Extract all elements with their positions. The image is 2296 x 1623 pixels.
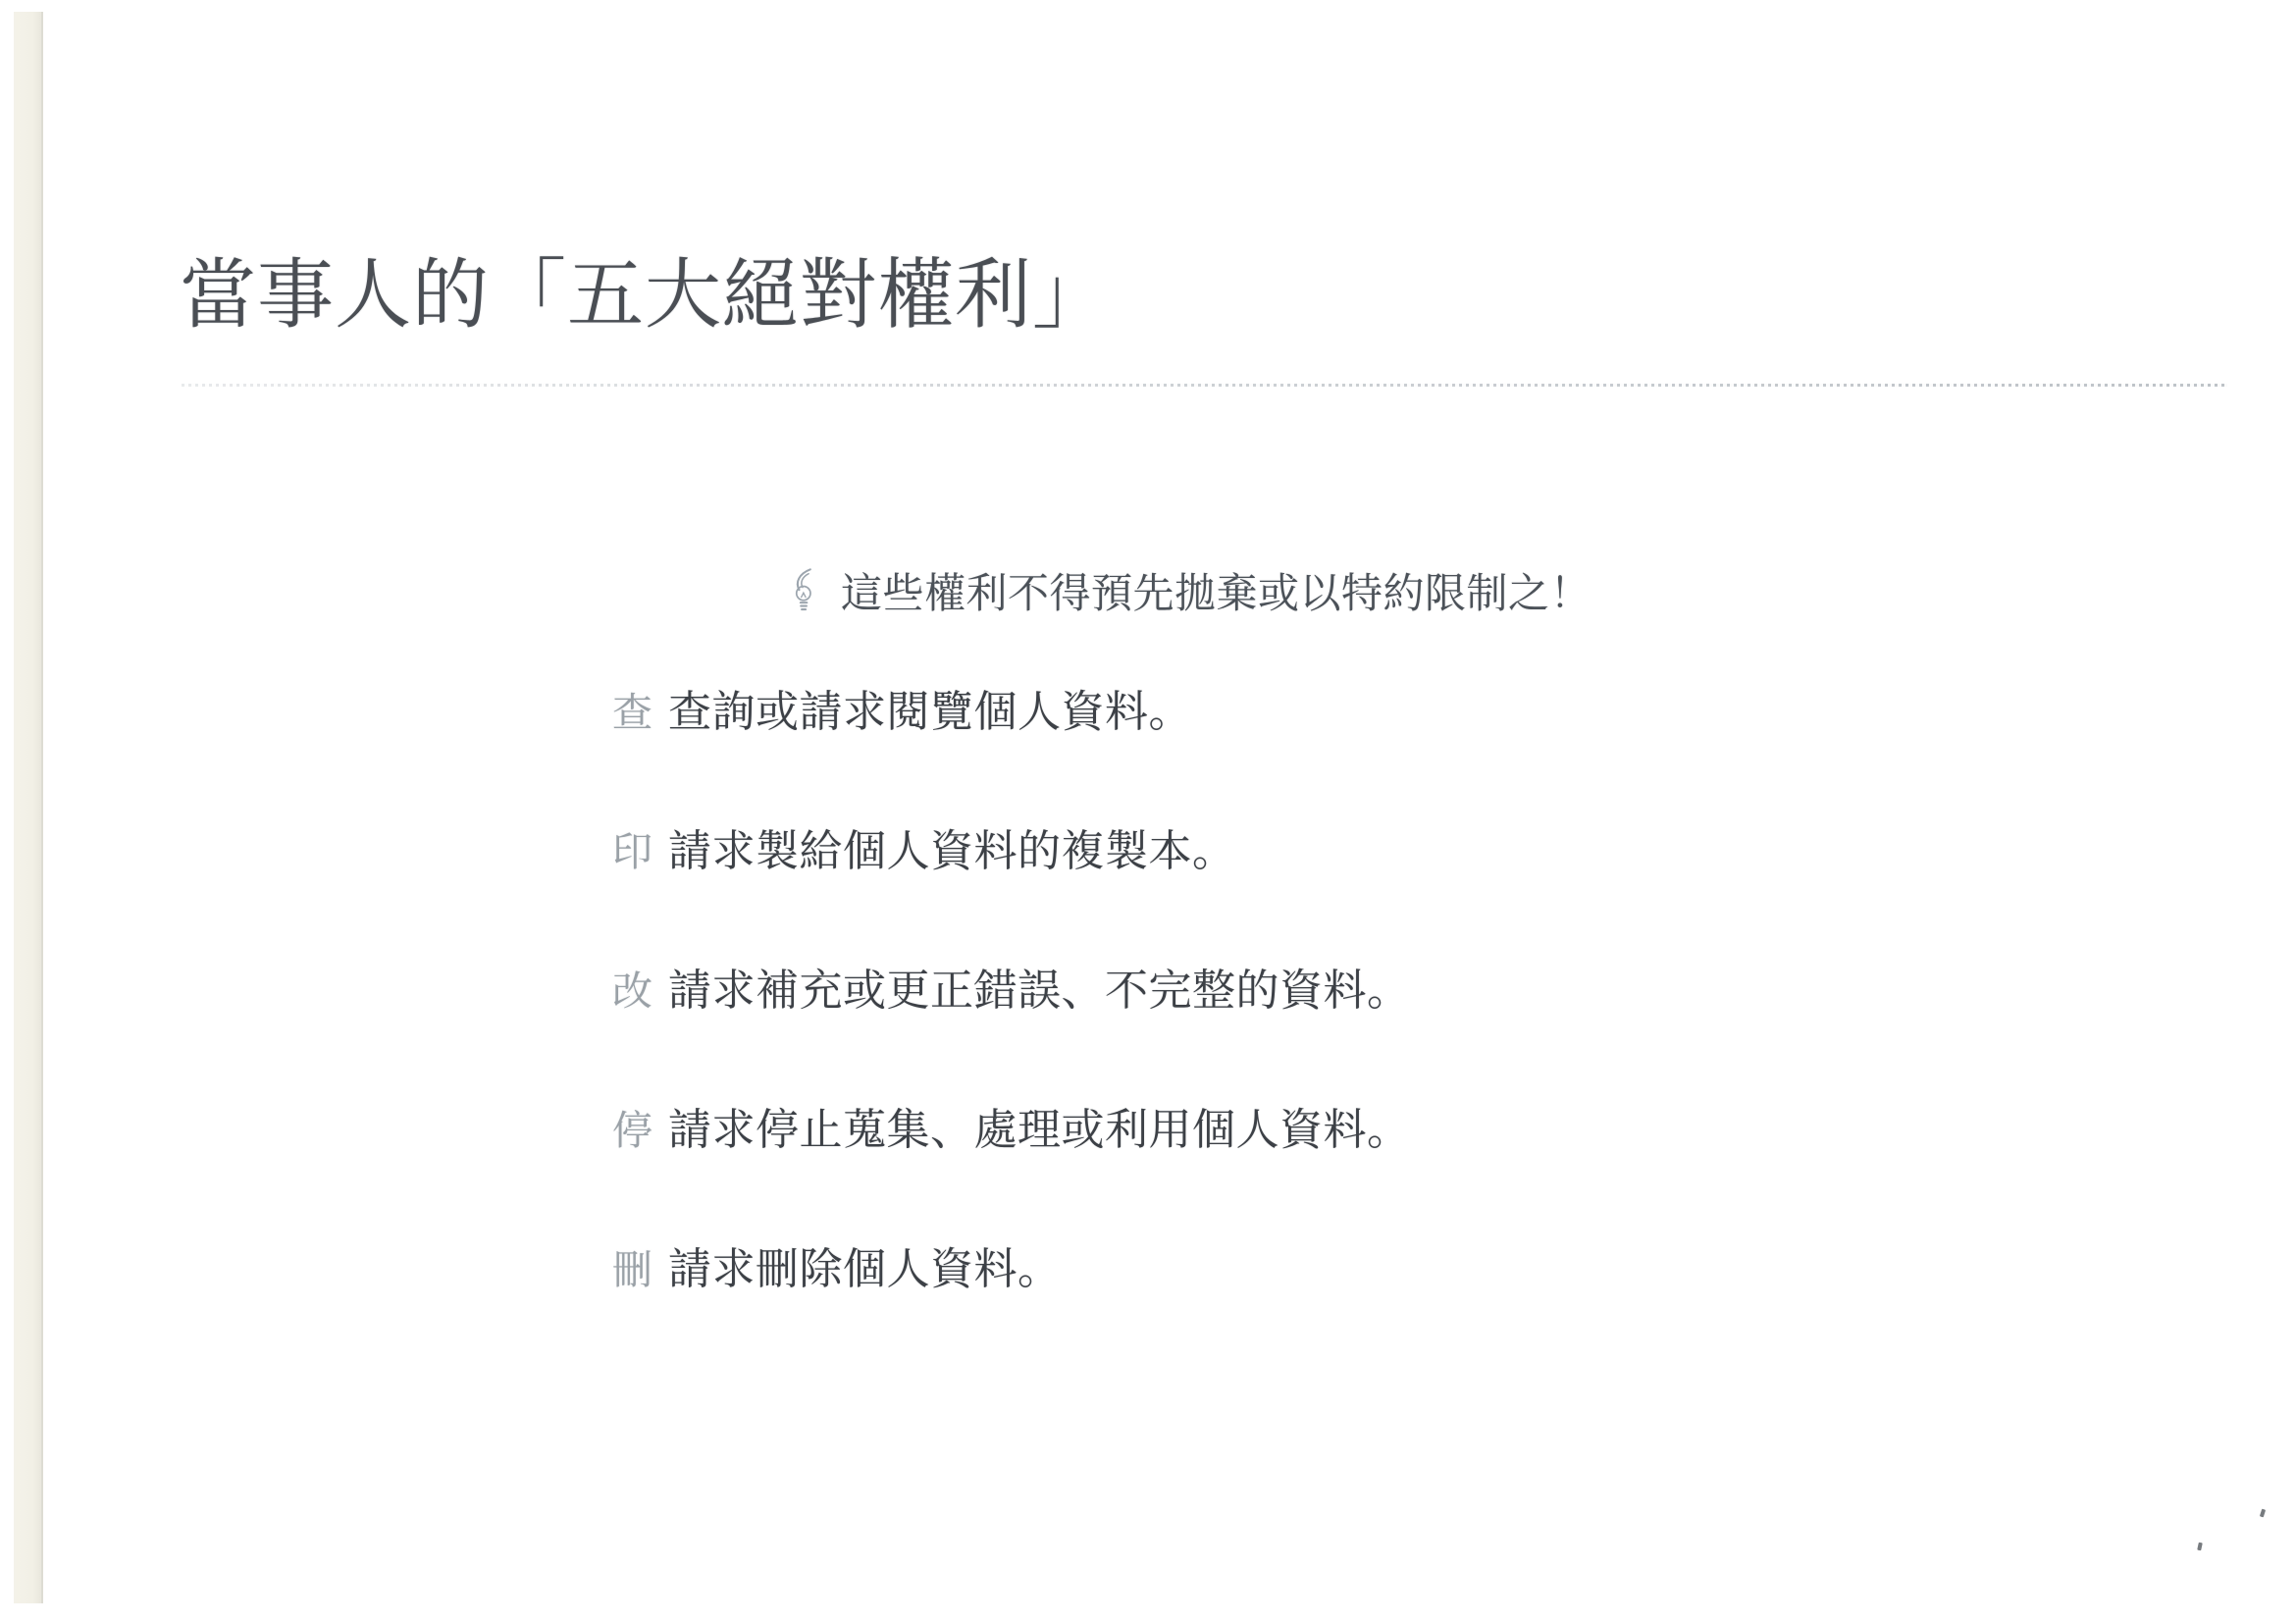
page-title: 當事人的「五大絕對權利」	[180, 253, 1110, 338]
list-item-correct: 改 請求補充或更正錯誤、不完整的資料。	[612, 964, 1411, 1019]
list-item-stop: 停 請求停止蒐集、處理或利用個人資料。	[612, 1103, 1411, 1158]
scan-speck	[2197, 1543, 2203, 1551]
note-text: 這些權利不得預先拋棄或以特約限制之！	[841, 561, 1592, 620]
right-description: 請求製給個人資料的複製本。	[668, 824, 1236, 879]
right-description: 請求補充或更正錯誤、不完整的資料。	[668, 964, 1411, 1019]
right-key-label: 刪	[612, 1242, 652, 1297]
slide-page: 當事人的「五大絕對權利」 這些權利不得預先拋棄或以特約限制之！ 查 查詢或請求閱…	[0, 0, 2296, 1623]
list-item-delete: 刪 請求刪除個人資料。	[612, 1242, 1411, 1297]
rights-list: 查 查詢或請求閱覽個人資料。 印 請求製給個人資料的複製本。 改 請求補充或更正…	[612, 685, 1411, 1382]
right-key-label: 印	[612, 824, 652, 879]
right-key-label: 改	[612, 964, 652, 1019]
list-item-copy: 印 請求製給個人資料的複製本。	[612, 824, 1411, 879]
note-row: 這些權利不得預先拋棄或以特約限制之！	[790, 561, 1592, 620]
lightbulb-icon	[790, 565, 815, 616]
right-key-label: 停	[612, 1103, 652, 1158]
right-description: 請求停止蒐集、處理或利用個人資料。	[668, 1103, 1411, 1158]
right-description: 查詢或請求閱覽個人資料。	[668, 685, 1192, 740]
list-item-check: 查 查詢或請求閱覽個人資料。	[612, 685, 1411, 740]
right-description: 請求刪除個人資料。	[668, 1242, 1062, 1297]
scan-paper-edge	[14, 12, 43, 1603]
title-divider	[182, 384, 2227, 387]
right-key-label: 查	[612, 685, 652, 740]
scan-speck	[2260, 1509, 2266, 1518]
